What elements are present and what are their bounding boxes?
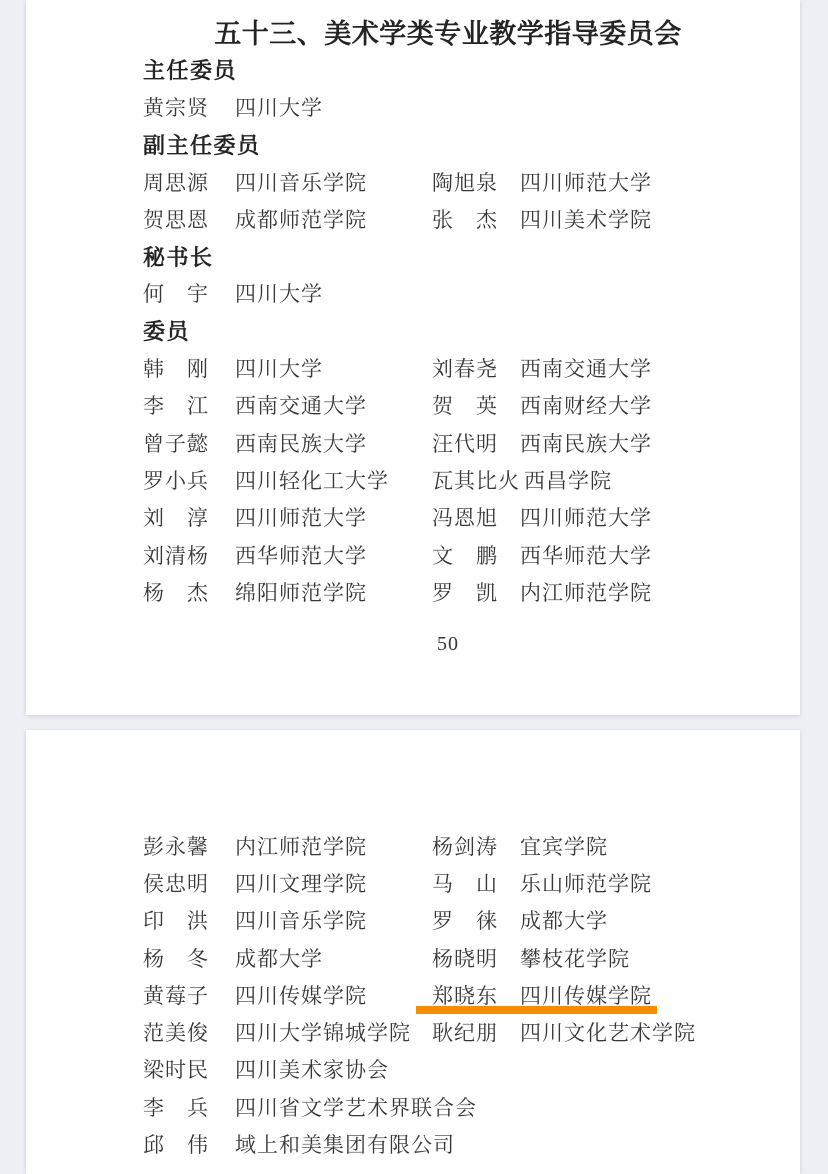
member-row: 杨 冬成都大学杨晓明攀枝花学院 bbox=[143, 939, 753, 976]
member-cell-right: 马 山乐山师范学院 bbox=[432, 868, 753, 898]
page-number: 50 bbox=[143, 633, 753, 656]
member-org: 绵阳师范学院 bbox=[235, 577, 367, 607]
member-org: 四川美术家协会 bbox=[235, 1054, 389, 1084]
member-cell-left: 侯忠明四川文理学院 bbox=[143, 868, 432, 898]
member-cell-left: 杨 冬成都大学 bbox=[143, 943, 432, 973]
member-cell-right: 耿纪朋四川文化艺术学院 bbox=[432, 1017, 753, 1047]
member-name: 罗 徕 bbox=[432, 905, 516, 935]
member-org: 四川省文学艺术界联合会 bbox=[235, 1092, 477, 1122]
document-page-2: 彭永馨内江师范学院杨剑涛宜宾学院侯忠明四川文理学院马 山乐山师范学院印 洪四川音… bbox=[26, 730, 800, 1174]
member-cell-left: 刘清杨西华师范大学 bbox=[143, 540, 432, 570]
member-name: 黄莓子 bbox=[143, 980, 231, 1010]
member-org: 乐山师范学院 bbox=[520, 868, 652, 898]
member-org: 四川大学锦城学院 bbox=[235, 1017, 411, 1047]
member-cell-left: 周思源四川音乐学院 bbox=[143, 167, 432, 197]
member-name: 杨 冬 bbox=[143, 943, 231, 973]
member-row: 黄莓子四川传媒学院郑晓东四川传媒学院 bbox=[143, 976, 753, 1013]
member-row: 刘 淳四川师范大学冯恩旭四川师范大学 bbox=[143, 499, 753, 536]
page-break-gap bbox=[0, 715, 828, 730]
member-row: 彭永馨内江师范学院杨剑涛宜宾学院 bbox=[143, 827, 753, 864]
member-cell-left: 贺思恩成都师范学院 bbox=[143, 204, 432, 234]
member-org: 四川美术学院 bbox=[520, 204, 652, 234]
member-row: 印 洪四川音乐学院罗 徕成都大学 bbox=[143, 902, 753, 939]
member-row: 周思源四川音乐学院陶旭泉四川师范大学 bbox=[143, 163, 753, 200]
member-org: 西南交通大学 bbox=[235, 390, 367, 420]
member-cell-left: 杨 杰绵阳师范学院 bbox=[143, 577, 432, 607]
member-name: 文 鹏 bbox=[432, 540, 516, 570]
member-row: 何 宇四川大学 bbox=[143, 275, 753, 312]
member-org: 四川文化艺术学院 bbox=[520, 1017, 696, 1047]
member-name: 梁时民 bbox=[143, 1054, 231, 1084]
member-row: 范美俊四川大学锦城学院耿纪朋四川文化艺术学院 bbox=[143, 1013, 753, 1050]
member-name: 侯忠明 bbox=[143, 868, 231, 898]
section-heading: 秘书长 bbox=[143, 241, 214, 272]
member-org: 成都大学 bbox=[520, 905, 608, 935]
member-name: 冯恩旭 bbox=[432, 502, 516, 532]
member-cell-left: 李 江西南交通大学 bbox=[143, 390, 432, 420]
member-name: 韩 刚 bbox=[143, 353, 231, 383]
member-org: 四川轻化工大学 bbox=[235, 465, 389, 495]
section-heading-line: 主任委员 bbox=[143, 51, 753, 88]
section-heading-line: 委员 bbox=[143, 312, 753, 349]
member-cell-right: 瓦其比火西昌学院 bbox=[432, 465, 753, 495]
member-row: 杨 杰绵阳师范学院罗 凯内江师范学院 bbox=[143, 573, 753, 610]
member-org: 内江师范学院 bbox=[520, 577, 652, 607]
member-name: 汪代明 bbox=[432, 428, 516, 458]
member-cell-right: 陶旭泉四川师范大学 bbox=[432, 167, 753, 197]
member-name: 刘清杨 bbox=[143, 540, 231, 570]
member-name: 范美俊 bbox=[143, 1017, 231, 1047]
member-row: 罗小兵四川轻化工大学瓦其比火西昌学院 bbox=[143, 461, 753, 498]
section-heading: 委员 bbox=[143, 315, 190, 346]
member-cell-left: 邱 伟域上和美集团有限公司 bbox=[143, 1129, 432, 1159]
member-org: 西南民族大学 bbox=[520, 428, 652, 458]
member-name: 马 山 bbox=[432, 868, 516, 898]
member-name: 张 杰 bbox=[432, 204, 516, 234]
member-cell-left: 印 洪四川音乐学院 bbox=[143, 905, 432, 935]
member-name: 贺 英 bbox=[432, 390, 516, 420]
section-heading: 主任委员 bbox=[143, 54, 237, 85]
member-name: 罗小兵 bbox=[143, 465, 231, 495]
member-org: 四川音乐学院 bbox=[235, 167, 367, 197]
member-org: 内江师范学院 bbox=[235, 831, 367, 861]
member-cell-left: 范美俊四川大学锦城学院 bbox=[143, 1017, 432, 1047]
member-row: 刘清杨西华师范大学文 鹏西华师范大学 bbox=[143, 536, 753, 573]
member-cell-right: 杨剑涛宜宾学院 bbox=[432, 831, 753, 861]
member-cell-right: 杨晓明攀枝花学院 bbox=[432, 943, 753, 973]
member-org: 四川师范大学 bbox=[235, 502, 367, 532]
member-org: 西南财经大学 bbox=[520, 390, 652, 420]
member-org: 四川传媒学院 bbox=[235, 980, 367, 1010]
member-org: 成都大学 bbox=[235, 943, 323, 973]
member-org: 西昌学院 bbox=[524, 465, 612, 495]
member-name: 贺思恩 bbox=[143, 204, 231, 234]
section-heading-line: 副主任委员 bbox=[143, 126, 753, 163]
member-org: 四川文理学院 bbox=[235, 868, 367, 898]
member-name: 周思源 bbox=[143, 167, 231, 197]
committee-rows-continued: 彭永馨内江师范学院杨剑涛宜宾学院侯忠明四川文理学院马 山乐山师范学院印 洪四川音… bbox=[143, 827, 753, 1163]
page-1-content: 五十三、美术学类专业教学指导委员会 主任委员黄宗贤四川大学副主任委员周思源四川音… bbox=[143, 17, 753, 656]
member-cell-right: 郑晓东四川传媒学院 bbox=[432, 980, 753, 1010]
doc-title: 五十三、美术学类专业教学指导委员会 bbox=[143, 17, 753, 51]
member-row: 贺思恩成都师范学院张 杰四川美术学院 bbox=[143, 200, 753, 237]
member-row: 梁时民四川美术家协会 bbox=[143, 1051, 753, 1088]
member-org: 四川大学 bbox=[235, 92, 323, 122]
member-name: 罗 凯 bbox=[432, 577, 516, 607]
member-org: 西南民族大学 bbox=[235, 428, 367, 458]
member-name: 曾子懿 bbox=[143, 428, 231, 458]
member-cell-right: 贺 英西南财经大学 bbox=[432, 390, 753, 420]
member-org: 攀枝花学院 bbox=[520, 943, 630, 973]
member-cell-left: 罗小兵四川轻化工大学 bbox=[143, 465, 432, 495]
member-row: 黄宗贤四川大学 bbox=[143, 88, 753, 125]
page-2-content: 彭永馨内江师范学院杨剑涛宜宾学院侯忠明四川文理学院马 山乐山师范学院印 洪四川音… bbox=[143, 827, 753, 1163]
member-cell-left: 黄莓子四川传媒学院 bbox=[143, 980, 432, 1010]
member-cell-right: 文 鹏西华师范大学 bbox=[432, 540, 753, 570]
member-row: 李 江西南交通大学贺 英西南财经大学 bbox=[143, 387, 753, 424]
member-org: 西华师范大学 bbox=[520, 540, 652, 570]
section-heading-line: 秘书长 bbox=[143, 237, 753, 274]
member-name: 李 江 bbox=[143, 390, 231, 420]
member-name: 刘春尧 bbox=[432, 353, 516, 383]
member-row: 邱 伟域上和美集团有限公司 bbox=[143, 1125, 753, 1162]
member-name: 彭永馨 bbox=[143, 831, 231, 861]
member-cell-right: 刘春尧西南交通大学 bbox=[432, 353, 753, 383]
member-cell-right: 汪代明西南民族大学 bbox=[432, 428, 753, 458]
member-org: 四川大学 bbox=[235, 278, 323, 308]
member-name: 瓦其比火 bbox=[432, 465, 520, 495]
member-name: 耿纪朋 bbox=[432, 1017, 516, 1047]
member-name: 杨 杰 bbox=[143, 577, 231, 607]
member-org: 四川音乐学院 bbox=[235, 905, 367, 935]
member-cell-left: 李 兵四川省文学艺术界联合会 bbox=[143, 1092, 432, 1122]
member-cell-left: 梁时民四川美术家协会 bbox=[143, 1054, 432, 1084]
member-cell-left: 黄宗贤四川大学 bbox=[143, 92, 432, 122]
member-org: 成都师范学院 bbox=[235, 204, 367, 234]
member-org: 宜宾学院 bbox=[520, 831, 608, 861]
member-org: 四川师范大学 bbox=[520, 167, 652, 197]
committee-sections: 主任委员黄宗贤四川大学副主任委员周思源四川音乐学院陶旭泉四川师范大学贺思恩成都师… bbox=[143, 51, 753, 610]
member-name: 杨剑涛 bbox=[432, 831, 516, 861]
member-org: 西南交通大学 bbox=[520, 353, 652, 383]
member-cell-left: 彭永馨内江师范学院 bbox=[143, 831, 432, 861]
member-cell-left: 刘 淳四川师范大学 bbox=[143, 502, 432, 532]
member-row: 李 兵四川省文学艺术界联合会 bbox=[143, 1088, 753, 1125]
member-cell-right: 冯恩旭四川师范大学 bbox=[432, 502, 753, 532]
member-cell-right: 罗 凯内江师范学院 bbox=[432, 577, 753, 607]
member-org: 四川大学 bbox=[235, 353, 323, 383]
member-org: 西华师范大学 bbox=[235, 540, 367, 570]
member-row: 韩 刚四川大学刘春尧西南交通大学 bbox=[143, 349, 753, 386]
member-row: 侯忠明四川文理学院马 山乐山师范学院 bbox=[143, 864, 753, 901]
member-cell-right: 张 杰四川美术学院 bbox=[432, 204, 753, 234]
member-org: 域上和美集团有限公司 bbox=[235, 1129, 455, 1159]
member-name: 印 洪 bbox=[143, 905, 231, 935]
member-cell-right: 罗 徕成都大学 bbox=[432, 905, 753, 935]
member-name: 李 兵 bbox=[143, 1092, 231, 1122]
member-cell-left: 何 宇四川大学 bbox=[143, 278, 432, 308]
member-cell-left: 韩 刚四川大学 bbox=[143, 353, 432, 383]
member-row: 曾子懿西南民族大学汪代明西南民族大学 bbox=[143, 424, 753, 461]
section-heading: 副主任委员 bbox=[143, 129, 261, 160]
member-name: 杨晓明 bbox=[432, 943, 516, 973]
member-org: 四川师范大学 bbox=[520, 502, 652, 532]
member-name: 何 宇 bbox=[143, 278, 231, 308]
member-name: 邱 伟 bbox=[143, 1129, 231, 1159]
highlight-underline bbox=[416, 1006, 657, 1014]
document-page-1: 五十三、美术学类专业教学指导委员会 主任委员黄宗贤四川大学副主任委员周思源四川音… bbox=[26, 0, 800, 715]
member-name: 陶旭泉 bbox=[432, 167, 516, 197]
member-name: 黄宗贤 bbox=[143, 92, 231, 122]
member-cell-left: 曾子懿西南民族大学 bbox=[143, 428, 432, 458]
member-name: 刘 淳 bbox=[143, 502, 231, 532]
